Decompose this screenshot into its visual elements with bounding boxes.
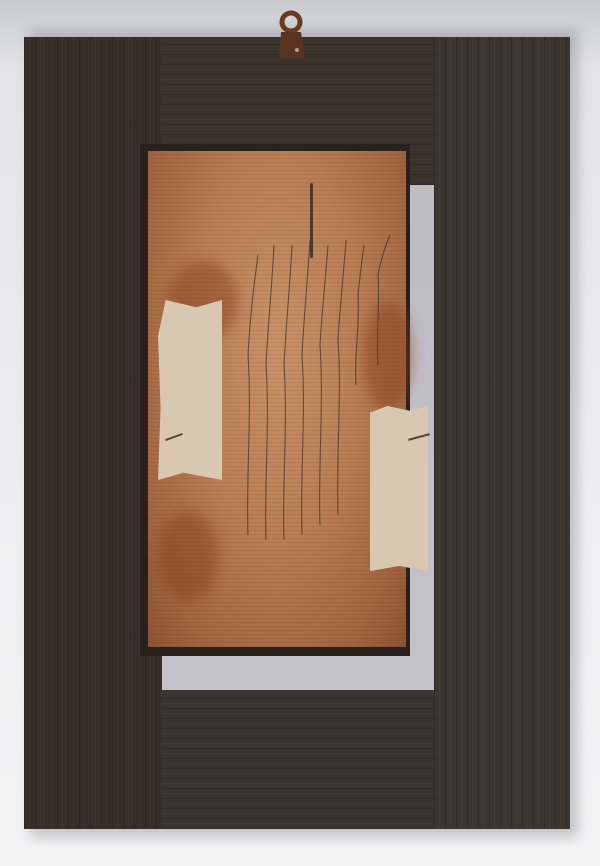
hanging-ring-icon bbox=[277, 10, 305, 62]
frame-bottom-board bbox=[162, 690, 434, 829]
metal-wire bbox=[310, 183, 313, 258]
frame-right-board bbox=[434, 37, 570, 829]
water-stain bbox=[158, 511, 218, 601]
paper-tape-right bbox=[370, 406, 428, 571]
paper-tape-left bbox=[158, 300, 222, 480]
